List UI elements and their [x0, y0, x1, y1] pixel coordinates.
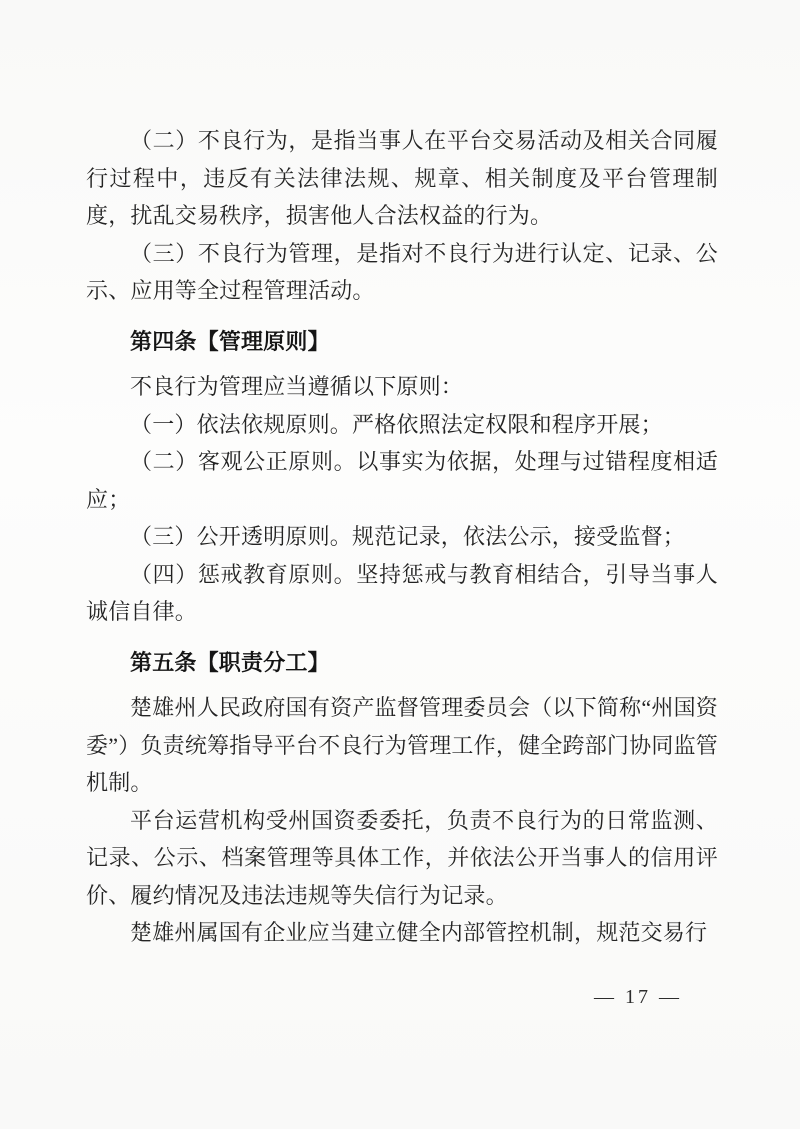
- section-heading: 第五条【职责分工】: [86, 644, 718, 682]
- paragraph: （三）不良行为管理，是指对不良行为进行认定、记录、公示、应用等全过程管理活动。: [86, 235, 718, 310]
- document-body: （二）不良行为，是指当事人在平台交易活动及相关合同履行过程中，违反有关法律法规、…: [86, 122, 718, 952]
- paragraph: （四）惩戒教育原则。坚持惩戒与教育相结合，引导当事人诚信自律。: [86, 556, 718, 631]
- section-heading: 第四条【管理原则】: [86, 323, 718, 361]
- paragraph: 平台运营机构受州国资委委托，负责不良行为的日常监测、记录、公示、档案管理等具体工…: [86, 802, 718, 915]
- paragraph: 楚雄州属国有企业应当建立健全内部管控机制，规范交易行: [86, 914, 718, 952]
- paragraph: （二）不良行为，是指当事人在平台交易活动及相关合同履行过程中，违反有关法律法规、…: [86, 122, 718, 235]
- paragraph: （二）客观公正原则。以事实为依据，处理与过错程度相适应；: [86, 443, 718, 518]
- page-number: — 17 —: [0, 986, 800, 1009]
- paragraph: （三）公开透明原则。规范记录，依法公示，接受监督；: [86, 518, 718, 556]
- paragraph: （一）依法依规原则。严格依照法定权限和程序开展；: [86, 406, 718, 444]
- paragraph: 不良行为管理应当遵循以下原则：: [86, 368, 718, 406]
- scanned-document-page: （二）不良行为，是指当事人在平台交易活动及相关合同履行过程中，违反有关法律法规、…: [0, 0, 800, 1129]
- paragraph: 楚雄州人民政府国有资产监督管理委员会（以下简称“州国资委”）负责统筹指导平台不良…: [86, 689, 718, 802]
